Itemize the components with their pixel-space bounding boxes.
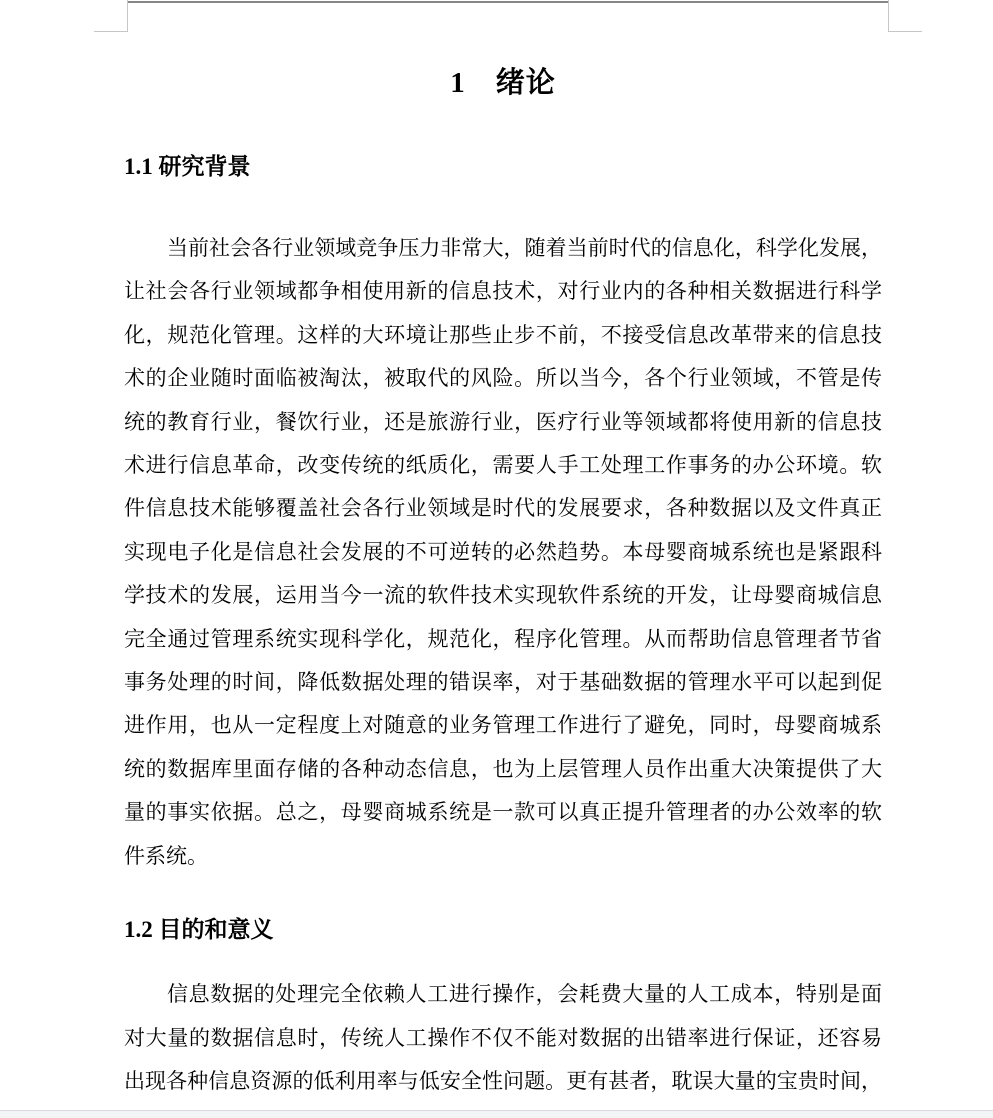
text-line: 统的数据库里面存储的各种动态信息，也为上层管理人员作出重大决策提供了大 — [124, 748, 882, 791]
text-line: 出现各种信息资源的低利用率与低安全性问题。更有甚者，耽误大量的宝贵时间， — [124, 1060, 882, 1103]
text-line: 让社会各行业领域都争相使用新的信息技术，对行业内的各种相关数据进行科学 — [124, 270, 882, 313]
text-line: 件系统。 — [124, 835, 882, 878]
text-line: 当前社会各行业领域竞争压力非常大，随着当前时代的信息化，科学化发展， — [124, 227, 882, 270]
section-heading-1-2: 1.2 目的和意义 — [124, 915, 882, 945]
text-line: 术的企业随时面临被淘汰，被取代的风险。所以当今，各个行业领域，不管是传 — [124, 357, 882, 400]
margin-crop-mark-right — [888, 0, 922, 32]
text-line: 术进行信息革命，改变传统的纸质化，需要人手工处理工作事务的办公环境。软 — [124, 444, 882, 487]
paragraph-research-background: 当前社会各行业领域竞争压力非常大，随着当前时代的信息化，科学化发展， 让社会各行… — [124, 227, 882, 878]
text-line: 信息数据的处理完全依赖人工进行操作，会耗费大量的人工成本，特别是面 — [124, 973, 882, 1016]
text-line: 实现电子化是信息社会发展的不可逆转的必然趋势。本母婴商城系统也是紧跟科 — [124, 531, 882, 574]
text-line: 件信息技术能够覆盖社会各行业领域是时代的发展要求，各种数据以及文件真正 — [124, 487, 882, 530]
text-line: 对大量的数据信息时，传统人工操作不仅不能对数据的出错率进行保证，还容易 — [124, 1017, 882, 1060]
text-line: 学技术的发展，运用当今一流的软件技术实现软件系统的开发，让母婴商城信息 — [124, 574, 882, 617]
chapter-title: 1 绪论 — [124, 62, 882, 104]
text-line: 化，规范化管理。这样的大环境让那些止步不前，不接受信息改革带来的信息技 — [124, 314, 882, 357]
text-line: 量的事实依据。总之，母婴商城系统是一款可以真正提升管理者的办公效率的软 — [124, 791, 882, 834]
text-line: 统的教育行业，餐饮行业，还是旅游行业，医疗行业等领域都将使用新的信息技 — [124, 401, 882, 444]
paragraph-purpose-significance: 信息数据的处理完全依赖人工进行操作，会耗费大量的人工成本，特别是面 对大量的数据… — [124, 973, 882, 1103]
document-page: 1 绪论 1.1 研究背景 当前社会各行业领域竞争压力非常大，随着当前时代的信息… — [0, 0, 993, 1118]
section-heading-1-1: 1.1 研究背景 — [124, 152, 882, 182]
bottom-status-strip — [0, 1110, 993, 1118]
text-line: 事务处理的时间，降低数据处理的错误率，对于基础数据的管理水平可以起到促 — [124, 661, 882, 704]
text-line: 进作用，也从一定程度上对随意的业务管理工作进行了避免，同时，母婴商城系 — [124, 704, 882, 747]
margin-crop-mark-left — [94, 0, 128, 32]
text-line: 完全通过管理系统实现科学化，规范化，程序化管理。从而帮助信息管理者节省 — [124, 618, 882, 661]
text-area: 1 绪论 1.1 研究背景 当前社会各行业领域竞争压力非常大，随着当前时代的信息… — [124, 0, 882, 1103]
